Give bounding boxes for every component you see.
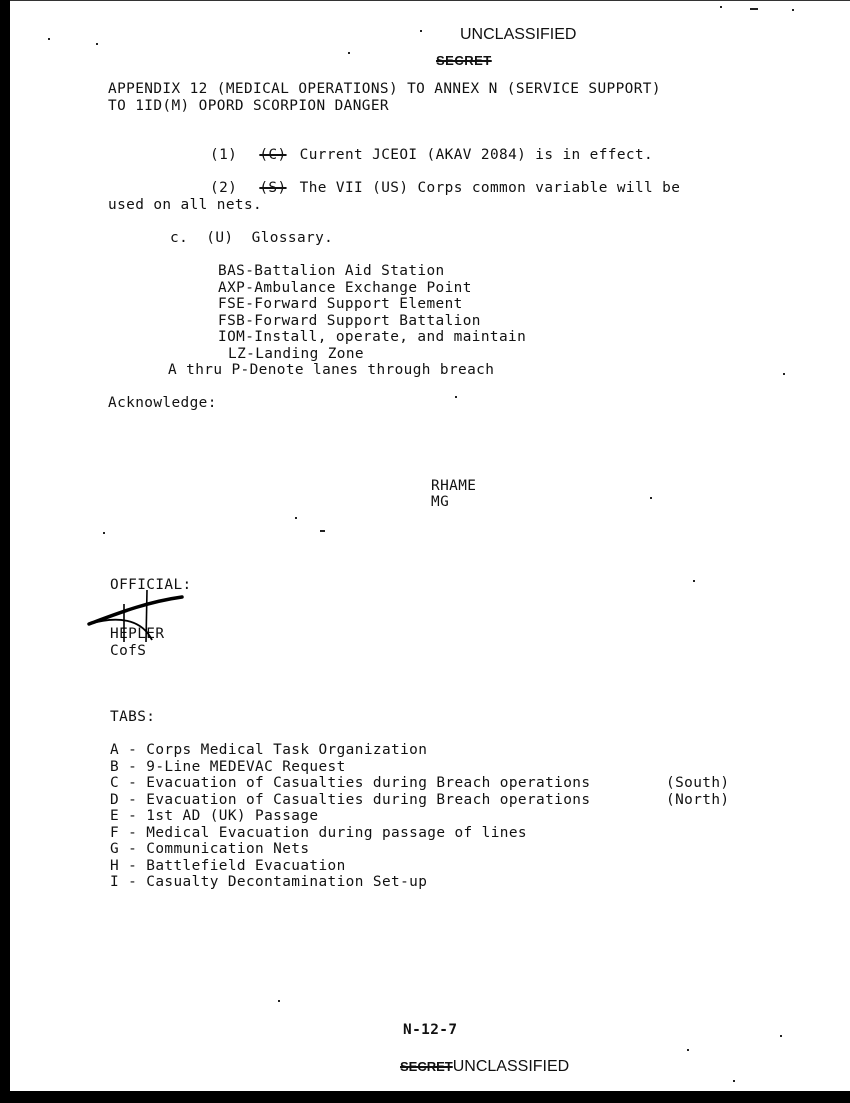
tab-text: 1st AD (UK) Passage bbox=[146, 808, 318, 824]
struck-secret-marking: SECRET bbox=[392, 1059, 453, 1074]
scan-speck bbox=[420, 30, 422, 32]
tab-letter: D bbox=[110, 792, 119, 808]
scan-speck bbox=[320, 530, 325, 532]
paragraph-1-text: Current JCEOI (AKAV 2084) is in effect. bbox=[300, 147, 654, 163]
glossary-item: AXP-Ambulance Exchange Point bbox=[218, 280, 472, 297]
glossary-item: IOM-Install, operate, and maintain bbox=[218, 329, 526, 346]
tab-text: Battlefield Evacuation bbox=[146, 858, 345, 874]
glossary-title: Glossary. bbox=[252, 230, 334, 246]
glossary-item: A thru P-Denote lanes through breach bbox=[168, 362, 494, 379]
classification-top-struck: SECRET bbox=[428, 50, 500, 69]
tab-letter: I bbox=[110, 874, 119, 890]
scan-speck bbox=[48, 38, 50, 40]
signer-name: RHAME bbox=[431, 478, 476, 495]
glossary-item: BAS-Battalion Aid Station bbox=[218, 263, 445, 280]
paragraph-2-struck-marking: (S) bbox=[255, 180, 290, 196]
tab-letter: G bbox=[110, 841, 119, 857]
paragraph-2-continuation: used on all nets. bbox=[108, 197, 262, 214]
tab-text: Evacuation of Casualties during Breach o… bbox=[146, 792, 590, 808]
tab-letter: A bbox=[110, 742, 119, 758]
tab-entry-h: H - Battlefield Evacuation bbox=[110, 858, 346, 875]
tab-entry-f: F - Medical Evacuation during passage of… bbox=[110, 825, 527, 842]
paragraph-1: (1) (C) Current JCEOI (AKAV 2084) is in … bbox=[210, 147, 653, 164]
tab-entry-d: D - Evacuation of Casualties during Brea… bbox=[110, 792, 590, 809]
scan-speck bbox=[783, 373, 785, 375]
paragraph-1-struck-marking: (C) bbox=[255, 147, 290, 163]
scan-border-bottom bbox=[0, 1091, 850, 1103]
struck-secret-marking: SECRET bbox=[428, 53, 500, 68]
paragraph-2-number: (2) bbox=[210, 180, 237, 196]
scan-speck bbox=[693, 580, 695, 582]
paragraph-1-number: (1) bbox=[210, 147, 237, 163]
tab-note: (South) bbox=[666, 775, 729, 792]
tab-text: 9-Line MEDEVAC Request bbox=[146, 759, 345, 775]
tabs-heading: TABS: bbox=[110, 709, 155, 726]
tab-note: (North) bbox=[666, 792, 729, 809]
tab-letter: B bbox=[110, 759, 119, 775]
classification-bottom: SECRETUNCLASSIFIED bbox=[392, 1058, 569, 1076]
scan-speck bbox=[96, 43, 98, 45]
scan-speck bbox=[455, 396, 457, 398]
tab-text: Corps Medical Task Organization bbox=[146, 742, 427, 758]
glossary-marking: (U) bbox=[206, 230, 233, 246]
tab-letter: F bbox=[110, 825, 119, 841]
tab-text: Medical Evacuation during passage of lin… bbox=[146, 825, 527, 841]
tab-text: Communication Nets bbox=[146, 841, 309, 857]
signer-rank: MG bbox=[431, 494, 449, 511]
scan-speck bbox=[720, 6, 722, 8]
page-number: N-12-7 bbox=[403, 1022, 457, 1039]
handwritten-signature-icon bbox=[86, 588, 196, 648]
tab-entry-c: C - Evacuation of Casualties during Brea… bbox=[110, 775, 590, 792]
tab-text: Casualty Decontamination Set-up bbox=[146, 874, 427, 890]
scan-border-top bbox=[10, 0, 850, 1]
scan-speck bbox=[295, 517, 297, 519]
tab-letter: C bbox=[110, 775, 119, 791]
scan-speck bbox=[733, 1080, 735, 1082]
scan-speck bbox=[103, 532, 105, 534]
paragraph-2: (2) (S) The VII (US) Corps common variab… bbox=[210, 180, 680, 197]
scan-speck bbox=[278, 1000, 280, 1002]
document-title-line-2: TO 1ID(M) OPORD SCORPION DANGER bbox=[108, 98, 389, 115]
scan-speck bbox=[650, 497, 652, 499]
scan-speck bbox=[687, 1049, 689, 1051]
scan-border-left bbox=[0, 0, 10, 1103]
glossary-letter: c. bbox=[170, 230, 188, 246]
tab-entry-a: A - Corps Medical Task Organization bbox=[110, 742, 427, 759]
tab-entry-g: G - Communication Nets bbox=[110, 841, 309, 858]
tab-letter: H bbox=[110, 858, 119, 874]
classification-bottom-label: UNCLASSIFIED bbox=[453, 1058, 569, 1075]
tab-text: Evacuation of Casualties during Breach o… bbox=[146, 775, 590, 791]
tab-entry-i: I - Casualty Decontamination Set-up bbox=[110, 874, 427, 891]
glossary-heading: c. (U) Glossary. bbox=[170, 230, 333, 247]
scan-speck bbox=[780, 1035, 782, 1037]
glossary-item: FSE-Forward Support Element bbox=[218, 296, 463, 313]
tab-letter: E bbox=[110, 808, 119, 824]
document-title-line-1: APPENDIX 12 (MEDICAL OPERATIONS) TO ANNE… bbox=[108, 81, 661, 98]
scan-speck bbox=[750, 8, 758, 10]
classification-top: UNCLASSIFIED bbox=[460, 26, 576, 44]
acknowledge-label: Acknowledge: bbox=[108, 395, 217, 412]
scan-speck bbox=[792, 9, 794, 11]
glossary-item: FSB-Forward Support Battalion bbox=[218, 313, 481, 330]
scan-speck bbox=[348, 52, 350, 54]
paragraph-2-text: The VII (US) Corps common variable will … bbox=[300, 180, 681, 196]
tab-entry-e: E - 1st AD (UK) Passage bbox=[110, 808, 319, 825]
glossary-item: LZ-Landing Zone bbox=[228, 346, 364, 363]
tab-entry-b: B - 9-Line MEDEVAC Request bbox=[110, 759, 346, 776]
